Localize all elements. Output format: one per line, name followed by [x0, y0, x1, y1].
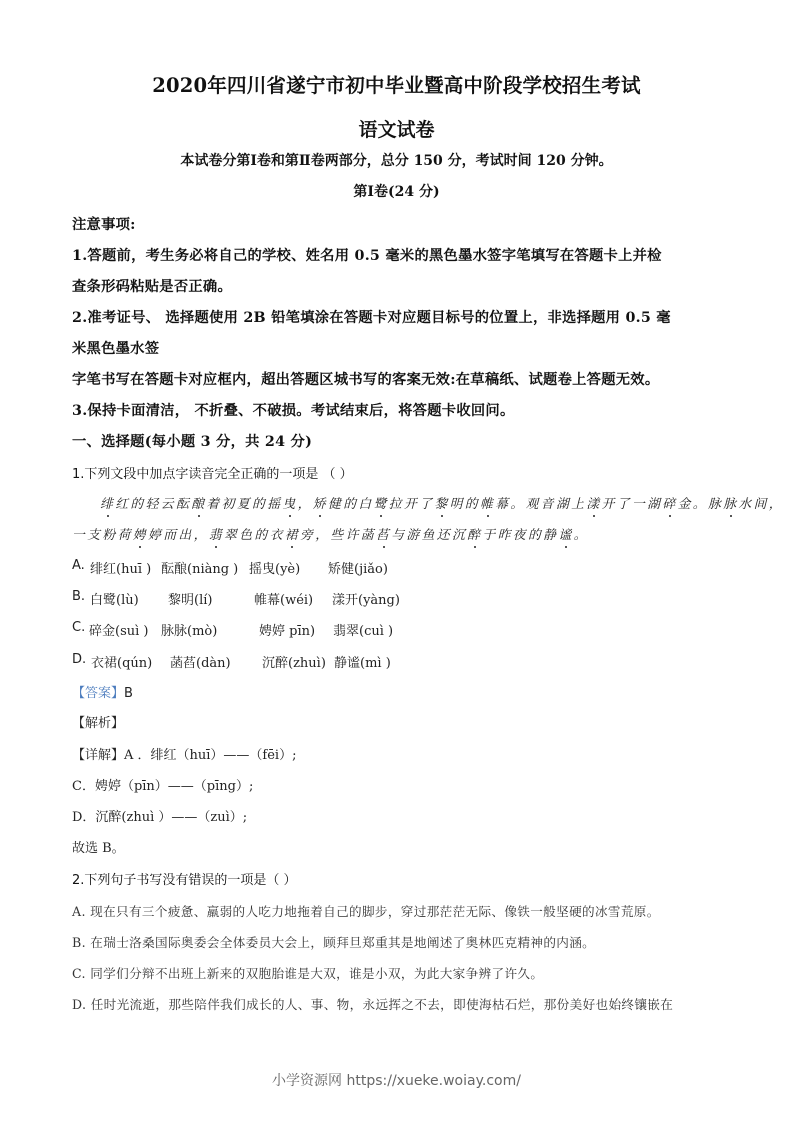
option-item: 漾开(yàng): [332, 589, 400, 608]
emphasized-char: 谧: [558, 528, 573, 543]
emphasized-char: 碎: [662, 497, 677, 512]
emphasized-char: 脉: [723, 497, 738, 512]
question-1-stem: 1.下列文段中加点字读音完全正确的一项是 （ ）: [72, 463, 353, 482]
option-item: 翡翠(cuì ): [333, 620, 393, 639]
option-label: D.: [72, 652, 86, 667]
answer-tag: 【答案】: [72, 686, 124, 701]
question-2-stem: 2.下列句子书写没有错误的一项是（ ）: [72, 869, 297, 888]
watermark[interactable]: 小学资源网 https://xueke.woiay.com/: [0, 1070, 793, 1090]
passage-line-2: 一支粉荷娉婷而出，翡翠色的衣裙旁，些许菡萏与游鱼还沉醉于昨夜的静谧。: [72, 524, 589, 543]
emphasized-char: 帷: [480, 497, 495, 512]
emphasized-char: 黎: [434, 497, 449, 512]
q2-option-d: D. 任时光流逝，那些陪伴我们成长的人、事、物，永远挥之不去，即使海枯石烂，那份…: [72, 994, 673, 1013]
emphasized-char: 裙: [285, 528, 300, 543]
section-heading: 一、选择题(每小题 3 分，共 24 分): [72, 431, 312, 451]
q2-option-c: C. 同学们分辩不出班上新来的双胞胎谁是大双，谁是小双，为此大家争辨了许久。: [72, 963, 543, 982]
emphasized-char: 翡: [209, 528, 224, 543]
q2-option-a: A. 现在只有三个疲惫、羸弱的人吃力地拖着自己的脚步，穿过那茫茫无际、像铁一般坚…: [72, 901, 660, 920]
emphasized-char: 娉: [133, 528, 148, 543]
emphasized-char: 酿: [191, 497, 206, 512]
detail-line: C．娉婷（pīn）——（pīng）;: [72, 775, 253, 794]
paper-subtitle: 语文试卷: [0, 115, 793, 142]
option-item: 碎金(suì ): [89, 620, 148, 639]
answer-value: B: [124, 686, 133, 701]
emphasized-char: 曳: [282, 497, 297, 512]
part-heading: 第Ⅰ卷(24 分): [0, 181, 793, 201]
emphasized-char: 萏: [376, 528, 391, 543]
analysis-tag: 【解析】: [72, 712, 124, 731]
option-item: 沉醉(zhuì): [262, 652, 326, 671]
option-item: 脉脉(mò): [161, 620, 217, 639]
emphasized-char: 鹭: [374, 497, 389, 512]
paper-info: 本试卷分第Ⅰ卷和第Ⅱ卷两部分，总分 150 分，考试时间 120 分钟。: [0, 150, 793, 170]
detail-line: 故选 B。: [72, 837, 125, 856]
note-line: 字笔书写在答题卡对应框内，超出答题区城书写的客案无效:在草稿纸、试题卷上答题无效…: [72, 369, 659, 389]
option-item: 娉婷 pīn): [259, 620, 315, 639]
option-item: 酝酿(niàng ): [161, 558, 238, 577]
option-item: 摇曳(yè): [249, 558, 300, 577]
answer-line: 【答案】B: [72, 682, 133, 701]
option-item: 黎明(lí): [168, 589, 212, 608]
passage-line-1: 绯红的轻云酝酿着初夏的摇曳，矫健的白鹭拉开了黎明的帷幕。观音湖上漾开了一湖碎金。…: [100, 493, 784, 512]
emphasized-char: 漾: [586, 497, 601, 512]
exam-title: 2020年四川省遂宁市初中毕业暨高中阶段学校招生考试: [0, 70, 793, 98]
option-label: C.: [72, 620, 85, 635]
exam-page: 2020年四川省遂宁市初中毕业暨高中阶段学校招生考试 语文试卷 本试卷分第Ⅰ卷和…: [0, 0, 793, 1122]
option-label: A.: [72, 558, 85, 573]
option-item: 衣裙(qún): [91, 652, 152, 671]
option-label: B.: [72, 589, 85, 604]
option-item: 静谧(mì ): [334, 652, 391, 671]
note-line: 2.准考证号、 选择题使用 2B 铅笔填涂在答题卡对应题目标号的位置上，非选择题…: [72, 307, 671, 327]
emphasized-char: 醉: [467, 528, 482, 543]
detail-line: D．沉醉(zhuì ）——（zuì）;: [72, 806, 247, 825]
option-item: 白鹭(lù): [90, 589, 139, 608]
note-line: 米黑色墨水签: [72, 338, 159, 358]
note-line: 查条形码粘贴是否正确。: [72, 276, 232, 296]
option-item: 菡萏(dàn): [170, 652, 231, 671]
option-item: 帷幕(wéi): [254, 589, 313, 608]
note-line: 1.答题前，考生务必将自己的学校、姓名用 0.5 毫米的黑色墨水签字笔填写在答题…: [72, 245, 662, 265]
emphasized-char: 矫: [313, 497, 328, 512]
option-item: 绯红(huī ): [90, 558, 151, 577]
note-line: 3.保持卡面清洁， 不折叠、不破损。考试结束后，将答题卡收回问。: [72, 400, 515, 420]
emphasized-char: 绯: [100, 497, 115, 512]
option-item: 矫健(jiǎo): [328, 558, 388, 577]
detail-line: 【详解】A ．绯红（huī）——（fēi）;: [72, 744, 296, 763]
q2-option-b: B. 在瑞士洛桑国际奥委会全体委员大会上，顾拜旦郑重其是地阐述了奥林匹克精神的内…: [72, 932, 595, 951]
notes-heading: 注意事项:: [72, 214, 136, 234]
